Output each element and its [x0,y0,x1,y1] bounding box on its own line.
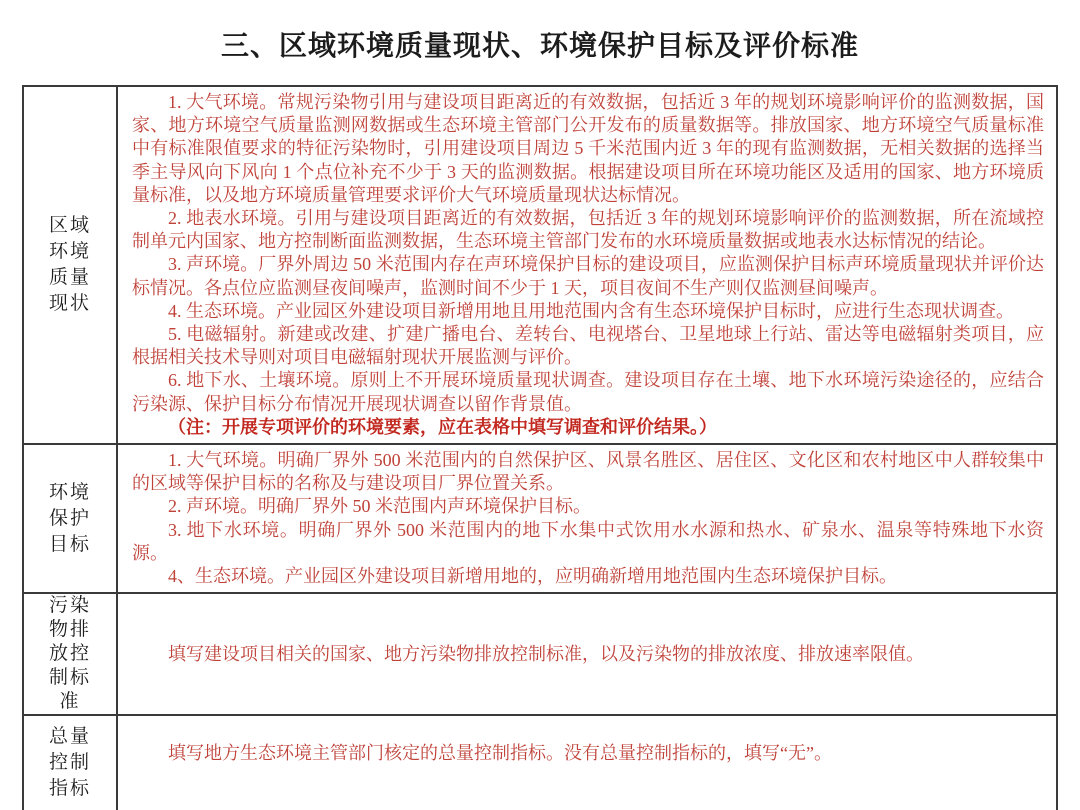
row-content-env-protection-targets: 1. 大气环境。明确厂界外 500 米范围内的自然保护区、风景名胜区、居住区、文… [118,445,1056,592]
paragraph-air-targets: 1. 大气环境。明确厂界外 500 米范围内的自然保护区、风景名胜区、居住区、文… [132,449,1044,495]
row-header-label: 污染物排放控制标准 [48,594,92,714]
paragraph-groundwater-targets: 3. 地下水环境。明确厂界外 500 米范围内的地下水集中式饮用水水源和热水、矿… [132,519,1044,565]
row-header-total-quantity-control: 总量控制指标 [24,716,118,810]
paragraph-noise-targets: 2. 声环境。明确厂界外 50 米范围内声环境保护目标。 [132,495,1044,518]
table-row-regional-env-quality: 区域环境质量现状 1. 大气环境。常规污染物引用与建设项目距离近的有效数据，包括… [24,87,1056,445]
row-header-env-protection-targets: 环境保护目标 [24,445,118,592]
paragraph-discharge-standards: 填写建设项目相关的国家、地方污染物排放控制标准，以及污染物的排放浓度、排放速率限… [132,643,1044,666]
table-row-total-quantity-control: 总量控制指标 填写地方生态环境主管部门核定的总量控制指标。没有总量控制指标的，填… [24,716,1056,810]
row-content-total-quantity-control: 填写地方生态环境主管部门核定的总量控制指标。没有总量控制指标的，填写“无”。 [118,716,1056,810]
paragraph-ecological-targets: 4、生态环境。产业园区外建设项目新增用地的，应明确新增用地范围内生态环境保护目标… [132,565,1044,588]
paragraph-air-env: 1. 大气环境。常规污染物引用与建设项目距离近的有效数据，包括近 3 年的规划环… [132,91,1044,207]
row-header-label: 区域环境质量现状 [48,213,92,317]
row-header-regional-env-quality: 区域环境质量现状 [24,87,118,443]
row-header-label: 总量控制指标 [48,724,92,802]
note-special-assessment: （注：开展专项评价的环境要素，应在表格中填写调查和评价结果。） [132,416,1044,439]
row-header-pollutant-discharge-standards: 污染物排放控制标准 [24,594,118,714]
page-title: 三、区域环境质量现状、环境保护目标及评价标准 [0,0,1080,85]
table-row-pollutant-discharge-standards: 污染物排放控制标准 填写建设项目相关的国家、地方污染物排放控制标准，以及污染物的… [24,594,1056,716]
row-content-regional-env-quality: 1. 大气环境。常规污染物引用与建设项目距离近的有效数据，包括近 3 年的规划环… [118,87,1056,443]
assessment-table: 区域环境质量现状 1. 大气环境。常规污染物引用与建设项目距离近的有效数据，包括… [22,85,1058,810]
row-content-pollutant-discharge-standards: 填写建设项目相关的国家、地方污染物排放控制标准，以及污染物的排放浓度、排放速率限… [118,594,1056,714]
row-header-label: 环境保护目标 [48,480,92,558]
table-row-env-protection-targets: 环境保护目标 1. 大气环境。明确厂界外 500 米范围内的自然保护区、风景名胜… [24,445,1056,594]
paragraph-surface-water-env: 2. 地表水环境。引用与建设项目距离近的有效数据，包括近 3 年的规划环境影响评… [132,207,1044,253]
paragraph-groundwater-soil-env: 6. 地下水、土壤环境。原则上不开展环境质量现状调查。建设项目存在土壤、地下水环… [132,369,1044,415]
document-page: 三、区域环境质量现状、环境保护目标及评价标准 区域环境质量现状 1. 大气环境。… [0,0,1080,810]
paragraph-total-quantity-indicators: 填写地方生态环境主管部门核定的总量控制指标。没有总量控制指标的，填写“无”。 [132,742,1044,765]
paragraph-ecological-env: 4. 生态环境。产业园区外建设项目新增用地且用地范围内含有生态环境保护目标时，应… [132,300,1044,323]
paragraph-electromagnetic-radiation: 5. 电磁辐射。新建或改建、扩建广播电台、差转台、电视塔台、卫星地球上行站、雷达… [132,323,1044,369]
paragraph-acoustic-env: 3. 声环境。厂界外周边 50 米范围内存在声环境保护目标的建设项目，应监测保护… [132,253,1044,299]
